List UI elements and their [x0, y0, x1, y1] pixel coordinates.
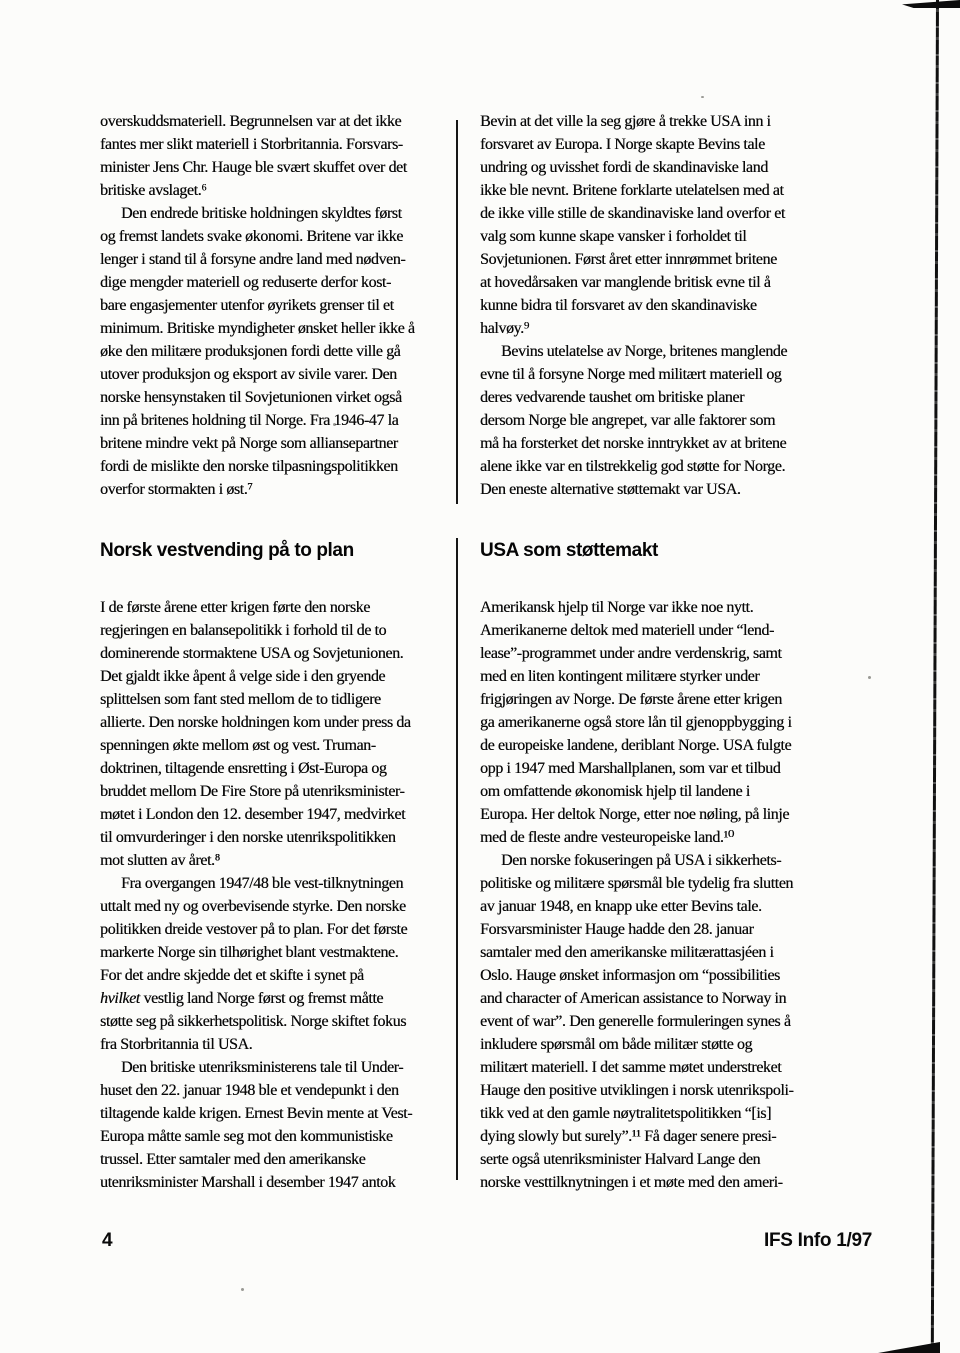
- text-line: Sovjetunionen. Først året etter innrømme…: [480, 248, 872, 271]
- paragraph: Den norske fokuseringen på USA i sikkerh…: [480, 849, 872, 1194]
- text-line: Oslo. Hauge ønsket informasjon om “possi…: [480, 964, 872, 987]
- text-line: undring og uvisshet fordi de skandinavis…: [480, 156, 872, 179]
- scanned-document-page: overskuddsmateriell. Begrunnelsen var at…: [0, 0, 960, 1353]
- footer-journal-label: IFS Info 1/97: [764, 1230, 872, 1252]
- text-line: om omfattende økonomisk hjelp til landen…: [480, 780, 872, 803]
- text-line: med de fleste andre vesteuropeiske land.…: [480, 826, 872, 849]
- text-line: kunne bidra til forsvaret av den skandin…: [480, 294, 872, 317]
- text-line: spenningen økte mellom øst og vest. Trum…: [100, 734, 457, 757]
- paragraph: I de første årene etter krigen førte den…: [100, 596, 457, 872]
- text-line: Bevin at det ville la seg gjøre å trekke…: [480, 110, 872, 133]
- text-line: de ikke ville stille de skandinaviske la…: [480, 202, 872, 225]
- text-line: utover produksjon og eksport av sivile v…: [100, 363, 457, 386]
- text-line: inkludere spørsmål om både militær støtt…: [480, 1033, 872, 1056]
- text-line: politikken dreide vestover på to plan. F…: [100, 918, 457, 941]
- scan-artifact-top-blob: [902, 0, 960, 8]
- text-line: splittelsen som fant sted mellom de to t…: [100, 688, 457, 711]
- text-line: norske vesttilknytningen i et møte med d…: [480, 1171, 872, 1194]
- text-line: lease”-programmet under andre verdenskri…: [480, 642, 872, 665]
- paragraph: Den britiske utenriksministerens tale ti…: [100, 1056, 457, 1194]
- scan-page-edge-line: [931, 0, 939, 1353]
- text-line: For det andre skjedde det et skifte i sy…: [100, 964, 457, 987]
- paragraph: Bevins utelatelse av Norge, britenes man…: [480, 340, 872, 501]
- text-line: britene mindre vekt på Norge som allians…: [100, 432, 457, 455]
- text-line: markerte Norge sin tilhørighet blant ves…: [100, 941, 457, 964]
- text-line: må ha forsterket det norske inntrykket a…: [480, 432, 872, 455]
- text-line: I de første årene etter krigen førte den…: [100, 596, 457, 619]
- text-line: politiske og militære spørsmål ble tydel…: [480, 872, 872, 895]
- section-bottom-left-column: I de første årene etter krigen førte den…: [100, 596, 457, 1194]
- scan-speck: [241, 1288, 244, 1291]
- text-line: norske hensynstaken til Sovjetunionen vi…: [100, 386, 457, 409]
- section-top-left-column: overskuddsmateriell. Begrunnelsen var at…: [100, 110, 457, 501]
- text-line: møtet i London den 12. desember 1947, me…: [100, 803, 457, 826]
- paragraph: overskuddsmateriell. Begrunnelsen var at…: [100, 110, 457, 202]
- text-line: Fra overgangen 1947/48 ble vest-tilknytn…: [100, 872, 457, 895]
- text-line: frigjøringen av Norge. De første årene e…: [480, 688, 872, 711]
- text-line: Amerikanerne deltok med materiell under …: [480, 619, 872, 642]
- text-line: utenriksminister Marshall i desember 194…: [100, 1171, 457, 1194]
- text-line: bruddet mellom De Fire Store på utenriks…: [100, 780, 457, 803]
- text-line: Europa måtte samle seg mot den kommunist…: [100, 1125, 457, 1148]
- text-line: øke den militære produksjonen fordi dett…: [100, 340, 457, 363]
- text-line: ga amerikanerne også store lån til gjeno…: [480, 711, 872, 734]
- text-line: minimum. Britiske myndigheter ønsket hel…: [100, 317, 457, 340]
- text-line: minister Jens Chr. Hauge ble svært skuff…: [100, 156, 457, 179]
- text-line: og fremst landets svake økonomi. Britene…: [100, 225, 457, 248]
- text-line: at hovedårsaken var manglende britisk ev…: [480, 271, 872, 294]
- paragraph: Amerikansk hjelp til Norge var ikke noe …: [480, 596, 872, 849]
- text-line: event of war”. Den generelle formulering…: [480, 1010, 872, 1033]
- text-line: and character of American assistance to …: [480, 987, 872, 1010]
- text-line: dying slowly but surely”.¹¹ Få dager sen…: [480, 1125, 872, 1148]
- text-line: forsvaret av Europa. I Norge skapte Bevi…: [480, 133, 872, 156]
- text-line: de europeiske landene, deriblant Norge. …: [480, 734, 872, 757]
- text-line: doktrinen, tiltagende ensretting i Øst-E…: [100, 757, 457, 780]
- text-line: allierte. Den norske holdningen kom unde…: [100, 711, 457, 734]
- section-bottom-right-column: Amerikansk hjelp til Norge var ikke noe …: [480, 596, 872, 1194]
- text-line: regjeringen en balansepolitikk i forhold…: [100, 619, 457, 642]
- text-line: fra Storbritannia til USA.: [100, 1033, 457, 1056]
- heading-usa-som-stottemakt: USA som støttemakt: [480, 540, 658, 562]
- text-line: lenger i stand til å forsyne andre land …: [100, 248, 457, 271]
- text-line: valg som kunne skape vansker i forholdet…: [480, 225, 872, 248]
- text-line: fordi de mislikte den norske tilpasnings…: [100, 455, 457, 478]
- text-line: deres vedvarende taushet om britiske pla…: [480, 386, 872, 409]
- text-line: Den britiske utenriksministerens tale ti…: [100, 1056, 457, 1079]
- text-line: dige mengder materiell og reduserte derf…: [100, 271, 457, 294]
- text-line: britiske avslaget.⁶: [100, 179, 457, 202]
- text-line: huset den 22. januar 1948 ble et vendepu…: [100, 1079, 457, 1102]
- section-top-right-column: Bevin at det ville la seg gjøre å trekke…: [480, 110, 872, 501]
- text-line: overskuddsmateriell. Begrunnelsen var at…: [100, 110, 457, 133]
- text-line: bare engasjementer utenfor øyrikets gren…: [100, 294, 457, 317]
- text-line: mot slutten av året.⁸: [100, 849, 457, 872]
- paragraph: Den endrede britiske holdningen skyldtes…: [100, 202, 457, 501]
- text-line: evne til å forsyne Norge med militært ma…: [480, 363, 872, 386]
- text-line: opp i 1947 med Marshallplanen, som var e…: [480, 757, 872, 780]
- text-line: inn på britenes holdning til Norge. Fra …: [100, 409, 457, 432]
- text-line: Den endrede britiske holdningen skyldtes…: [100, 202, 457, 225]
- footer-page-number: 4: [102, 1230, 113, 1252]
- text-line: Europa. Her deltok Norge, etter noe nøli…: [480, 803, 872, 826]
- text-line: tiltagende kalde krigen. Ernest Bevin me…: [100, 1102, 457, 1125]
- paragraph: Fra overgangen 1947/48 ble vest-tilknytn…: [100, 872, 457, 1056]
- text-line: trussel. Etter samtaler med den amerikan…: [100, 1148, 457, 1171]
- text-line: halvøy.⁹: [480, 317, 872, 340]
- text-line: Hauge den positive utviklingen i norsk u…: [480, 1079, 872, 1102]
- text-line: støtte seg på sikkerhetspolitisk. Norge …: [100, 1010, 457, 1033]
- text-line: til omvurderinger i den norske utenriksp…: [100, 826, 457, 849]
- text-line: Amerikansk hjelp til Norge var ikke noe …: [480, 596, 872, 619]
- text-line: Den norske fokuseringen på USA i sikkerh…: [480, 849, 872, 872]
- text-line: serte også utenriksminister Halvard Lang…: [480, 1148, 872, 1171]
- text-line: militært materiell. I det samme møtet un…: [480, 1056, 872, 1079]
- text-line: ikke ble nevnt. Britene forklarte utelat…: [480, 179, 872, 202]
- scan-artifact-bottom-blob: [878, 1342, 940, 1353]
- text-line: Det gjaldt ikke åpent å velge side i den…: [100, 665, 457, 688]
- scan-speck: [701, 96, 704, 98]
- text-line: overfor stormakten i øst.⁷: [100, 478, 457, 501]
- text-line: samtaler med den amerikanske militæratta…: [480, 941, 872, 964]
- text-line: hvilket vestlig land Norge først og frem…: [100, 987, 457, 1010]
- paragraph: Bevin at det ville la seg gjøre å trekke…: [480, 110, 872, 340]
- text-line: av januar 1948, en knapp uke etter Bevin…: [480, 895, 872, 918]
- heading-norsk-vestvending: Norsk vestvending på to plan: [100, 540, 354, 562]
- text-line: Den eneste alternative støttemakt var US…: [480, 478, 872, 501]
- text-line: dominerende stormaktene USA og Sovjetuni…: [100, 642, 457, 665]
- text-line: med en liten kontingent militære styrker…: [480, 665, 872, 688]
- text-line: tikk ved at den gamle nøytralitetspoliti…: [480, 1102, 872, 1125]
- text-line: Bevins utelatelse av Norge, britenes man…: [480, 340, 872, 363]
- text-line: uttalt med ny og overbevisende styrke. D…: [100, 895, 457, 918]
- text-line: alene ikke var en tilstrekkelig god støt…: [480, 455, 872, 478]
- text-line: fantes mer slikt materiell i Storbritann…: [100, 133, 457, 156]
- text-line: Forsvarsminister Hauge hadde den 28. jan…: [480, 918, 872, 941]
- text-line: dersom Norge ble angrepet, var alle fakt…: [480, 409, 872, 432]
